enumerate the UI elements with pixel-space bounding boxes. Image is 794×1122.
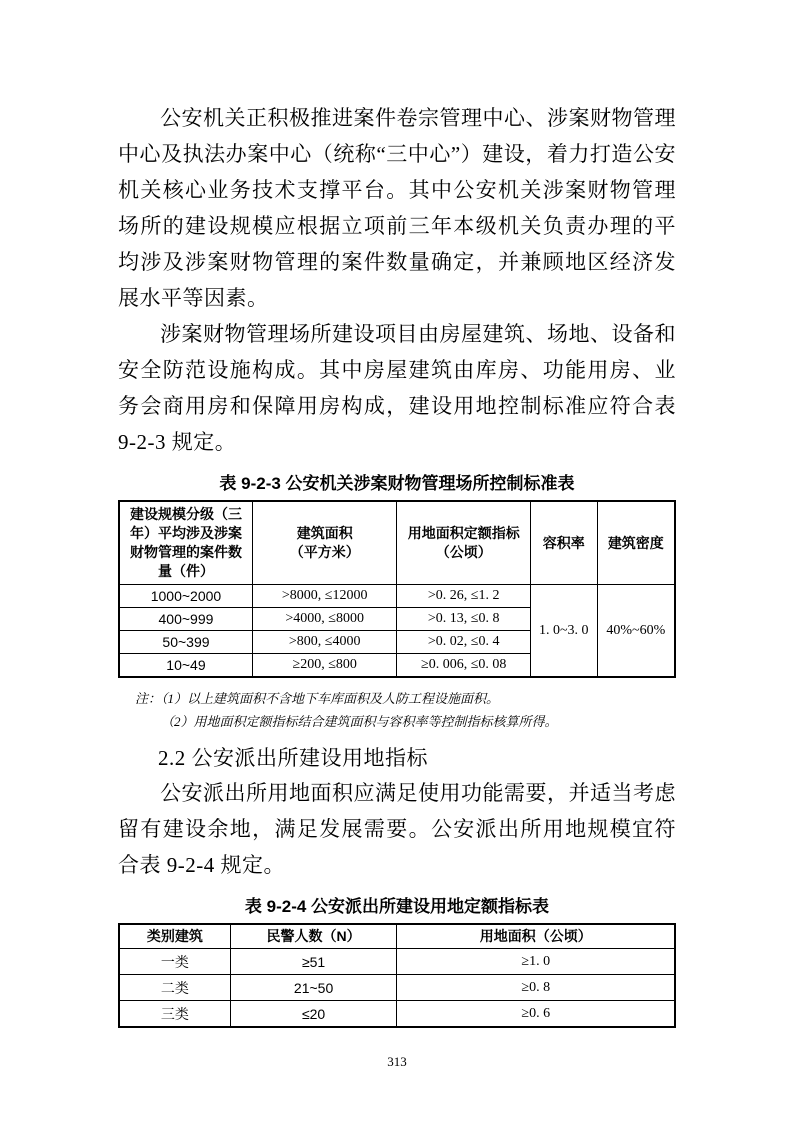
table1-cell-land-2: >0. 13, ≤0. 8 [397,608,530,631]
table1-header-scale-line2: 年）平均涉及涉案 [122,524,250,543]
table2-cell-officers-3: ≤20 [230,1001,397,1028]
table1-row-1: 1000~2000 >8000, ≤12000 >0. 26, ≤1. 2 1.… [119,585,675,608]
table1-header-land-quota-line2: （公顷） [399,543,527,562]
table1-cell-land-1: >0. 26, ≤1. 2 [397,585,530,608]
section-heading-2-2: 2.2 公安派出所建设用地指标 [158,741,676,775]
table1-cell-floor-4: ≥200, ≤800 [252,654,397,678]
paragraph-police-station-land: 公安派出所用地面积应满足使用功能需要，并适当考虑留有建设余地，满足发展需要。公安… [118,775,676,883]
table-property-management-control-standards: 建设规模分级（三 年）平均涉及涉案 财物管理的案件数 量（件） 建筑面积 （平方… [118,500,676,678]
table1-header-scale: 建设规模分级（三 年）平均涉及涉案 财物管理的案件数 量（件） [119,501,252,585]
table1-cell-plot-ratio: 1. 0~3. 0 [530,585,597,678]
table1-header-row: 建设规模分级（三 年）平均涉及涉案 财物管理的案件数 量（件） 建筑面积 （平方… [119,501,675,585]
table1-caption: 表 9-2-3 公安机关涉案财物管理场所控制标准表 [118,472,676,496]
table1-cell-scale-3: 50~399 [119,631,252,654]
note-label: 注： [135,691,161,706]
paragraph-construction-components: 涉案财物管理场所建设项目由房屋建筑、场地、设备和安全防范设施构成。其中房屋建筑由… [118,316,676,460]
table1-cell-land-3: >0. 02, ≤0. 4 [397,631,530,654]
table2-row-3: 三类 ≤20 ≥0. 6 [119,1001,675,1028]
table2-cell-officers-2: 21~50 [230,975,397,1001]
table1-cell-scale-2: 400~999 [119,608,252,631]
table2-header-row: 类别建筑 民警人数（N） 用地面积（公顷） [119,924,675,949]
table2-cell-officers-1: ≥51 [230,949,397,975]
table1-header-floor-area-line2: （平方米） [255,543,395,562]
table1-note-2: （2）用地面积定额指标结合建筑面积与容积率等控制指标核算所得。 [161,710,676,733]
table1-cell-land-4: ≥0. 006, ≤0. 08 [397,654,530,678]
table2-row-2: 二类 21~50 ≥0. 8 [119,975,675,1001]
table1-note-1: 注：（1）以上建筑面积不含地下车库面积及人防工程设施面积。 [135,687,676,710]
table2-cell-category-3: 三类 [119,1001,230,1028]
table1-header-floor-area: 建筑面积 （平方米） [252,501,397,585]
table1-header-land-quota: 用地面积定额指标 （公顷） [397,501,530,585]
note-1-text: （1）以上建筑面积不含地下车库面积及人防工程设施面积。 [161,691,499,706]
page-number: 313 [118,1054,676,1070]
table1-header-density: 建筑密度 [597,501,675,585]
table1-notes: 注：（1）以上建筑面积不含地下车库面积及人防工程设施面积。 （2）用地面积定额指… [118,687,676,733]
table1-cell-floor-2: >4000, ≤8000 [252,608,397,631]
table2-cell-area-1: ≥1. 0 [397,949,675,975]
table1-header-land-quota-line1: 用地面积定额指标 [399,524,527,543]
table2-header-category: 类别建筑 [119,924,230,949]
table1-cell-scale-1: 1000~2000 [119,585,252,608]
table2-cell-category-1: 一类 [119,949,230,975]
table1-cell-floor-3: >800, ≤4000 [252,631,397,654]
table2-cell-category-2: 二类 [119,975,230,1001]
table1-cell-density: 40%~60% [597,585,675,678]
table1-cell-scale-4: 10~49 [119,654,252,678]
table1-header-floor-area-line1: 建筑面积 [255,524,395,543]
table-police-station-land-quota: 类别建筑 民警人数（N） 用地面积（公顷） 一类 ≥51 ≥1. 0 二类 21… [118,923,676,1028]
table2-header-officer-count: 民警人数（N） [230,924,397,949]
table1-header-scale-line1: 建设规模分级（三 [122,505,250,524]
table2-caption: 表 9-2-4 公安派出所建设用地定额指标表 [118,895,676,919]
table2-row-1: 一类 ≥51 ≥1. 0 [119,949,675,975]
table1-cell-floor-1: >8000, ≤12000 [252,585,397,608]
document-page: 公安机关正积极推进案件卷宗管理中心、涉案财物管理中心及执法办案中心（统称“三中心… [0,0,794,1122]
table1-header-scale-line4: 量（件） [122,562,250,581]
table2-header-land-area: 用地面积（公顷） [397,924,675,949]
table1-header-plot-ratio: 容积率 [530,501,597,585]
table2-cell-area-2: ≥0. 8 [397,975,675,1001]
table2-cell-area-3: ≥0. 6 [397,1001,675,1028]
paragraph-intro-three-centers: 公安机关正积极推进案件卷宗管理中心、涉案财物管理中心及执法办案中心（统称“三中心… [118,100,676,316]
table1-header-scale-line3: 财物管理的案件数 [122,543,250,562]
